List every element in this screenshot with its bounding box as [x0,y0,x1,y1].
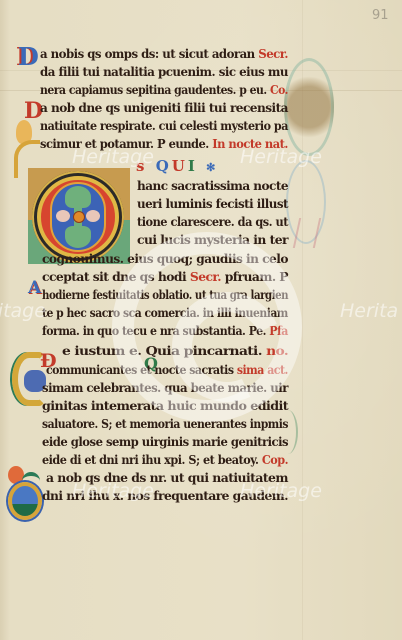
rubric: Cop. [262,452,288,467]
text-line: da filii tui natalitia pcuenim. sic eius… [40,63,288,81]
text-line: hanc sacratissima nocte [137,177,288,195]
text-line: nera capiamus sepitina gaudentes. p eu. … [40,81,288,99]
text-line: a nobis qs omps ds: ut sicut adoran Secr… [40,45,288,63]
watermark-text: Heritage [72,480,154,502]
rubric: Secr. [258,46,288,61]
text-line: natiuitate respirate. cui celesti myster… [40,117,288,135]
rosette-icon: ✻ [206,161,218,174]
watermark-text: Heritage [240,480,322,502]
rubric-qui: QUI [156,157,198,175]
text-line: ueri luminis fecisti illust [137,195,288,213]
watermark-text: Heritage [72,146,154,168]
watermark-text: Heritage [240,146,322,168]
manuscript-page: 91 D D A Ð Q a nobis qs omps ds: ut sicu [0,0,402,640]
text-line: tione clarescere. da qs. ut [137,213,288,231]
watermark-logo [112,232,302,422]
watermark-text: Heritage [0,300,46,322]
text-line: eide di et dni nri ihu xpi. S; et beatoy… [42,451,288,469]
text-line: saluatore. S; et memoria uenerantes inpm… [42,415,288,433]
text-line: eide glose semp uirginis marie genitrici… [42,433,288,451]
rubric: Co. [270,82,288,97]
text-line: a nob dne qs unigeniti filii tui recensi… [40,99,288,117]
watermark-text: Herita [340,300,398,322]
